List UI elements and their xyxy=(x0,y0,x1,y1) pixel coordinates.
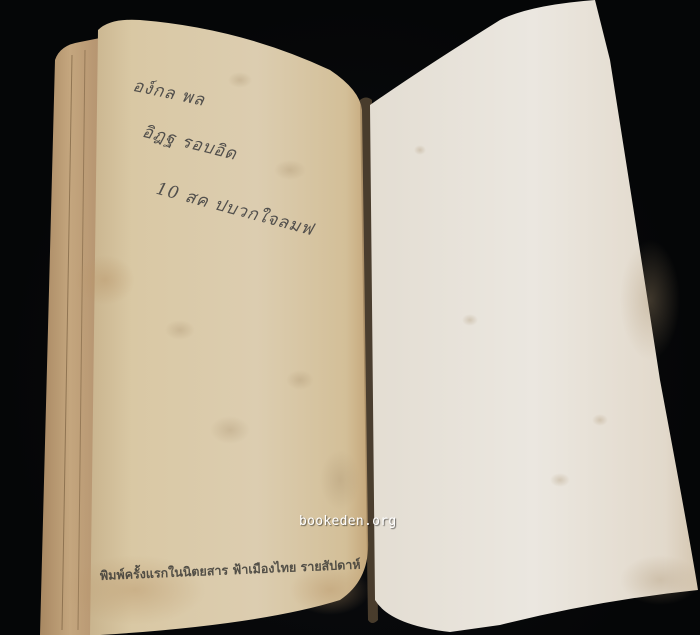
watermark: bookeden.org xyxy=(299,514,397,529)
photo-scene: อง์กล พล อิฎฐ รอบอิด 10 สค ปบวกใจลมฟ พิม… xyxy=(0,0,700,635)
open-book-illustration xyxy=(0,0,700,635)
